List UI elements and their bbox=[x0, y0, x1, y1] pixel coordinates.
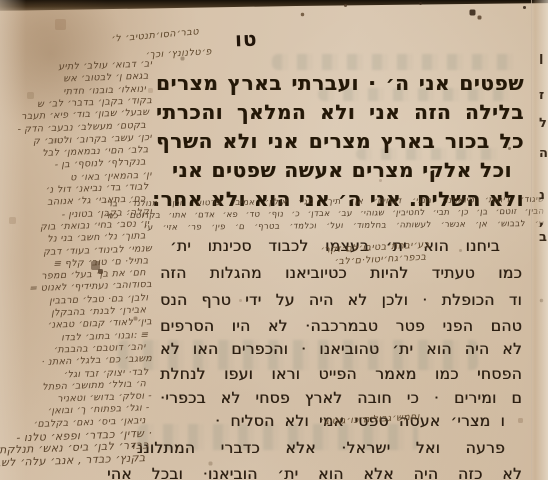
bleed-through bbox=[272, 54, 522, 70]
commentary-line: טהם הפני פטר טבמרכבה· לא היו הסרפים bbox=[160, 316, 522, 336]
folio-number: טו bbox=[235, 27, 258, 52]
edge-glyph-fragment: , bbox=[539, 214, 544, 229]
edge-glyph-fragment: ל bbox=[539, 116, 547, 131]
commentary-line: פרעה ואל ישראל· אלא כדברי המתלוננ׳ bbox=[130, 438, 505, 458]
margin-note: בגאם ן׳ לבטוב׳ אש bbox=[63, 71, 150, 85]
commentary-line: הפסחי כמו מאמר הפייט וראו ועפו לנחלת bbox=[160, 364, 522, 384]
page-left-edge bbox=[0, 0, 26, 480]
edge-glyph-fragment: ה bbox=[539, 146, 548, 161]
top-margin-note: טבר׳הסו׳תנטיב׳ ל׳ bbox=[111, 26, 200, 45]
commentary-line: ם ומירים · כי חובה לארץ פסחי לא בכפרי· bbox=[160, 388, 522, 408]
margin-note: בנקרלף׳ לנוסף׳ בן - bbox=[54, 157, 148, 171]
commentary-line: לא כזה היה אלא הוא ית׳ הוביאנו· ובכל אהי bbox=[107, 464, 522, 480]
commentary-line: וד הכופלת · ולכן לא היה על ידי טרף הנס bbox=[160, 290, 522, 310]
edge-glyph-fragment: ב bbox=[539, 230, 547, 245]
edge-glyph-fragment: ז bbox=[539, 88, 544, 103]
foxing-speckles bbox=[0, 0, 1, 1]
micro-gloss-line: ע׳ לבבוש׳ אן׳ אנשר׳ לעשותה׳ בחלמוד׳ ועל׳… bbox=[143, 219, 545, 233]
edge-glyph-fragment: נ bbox=[539, 188, 545, 203]
commentary-line: לא היה הוא ית׳ טהוביאנו · והכפרים האו לא bbox=[160, 339, 522, 359]
main-text-line: שפטים אני ה׳ · ועברתי בארץ מצרים bbox=[156, 70, 524, 96]
margin-note: בתוך׳ נל׳ חשב׳ בני נל bbox=[47, 230, 148, 244]
edge-glyph-fragment: ן bbox=[539, 50, 543, 65]
main-text-line: כל בכור בארץ מצרים אני ולא השרף bbox=[156, 128, 524, 154]
main-text-line: וכל אלקי מצרים אעשה שפטים אני bbox=[172, 157, 512, 183]
manuscript-page: טו טבר׳הסו׳תנטיב׳ ל׳ פ׳טלנונץ׳ וכך׳ שפטי… bbox=[0, 0, 548, 480]
main-text-line: בלילה הזה אני ולא המלאך והכרתי bbox=[156, 99, 524, 125]
top-margin-note: פ׳טלנונץ׳ וכך׳ bbox=[145, 46, 213, 60]
